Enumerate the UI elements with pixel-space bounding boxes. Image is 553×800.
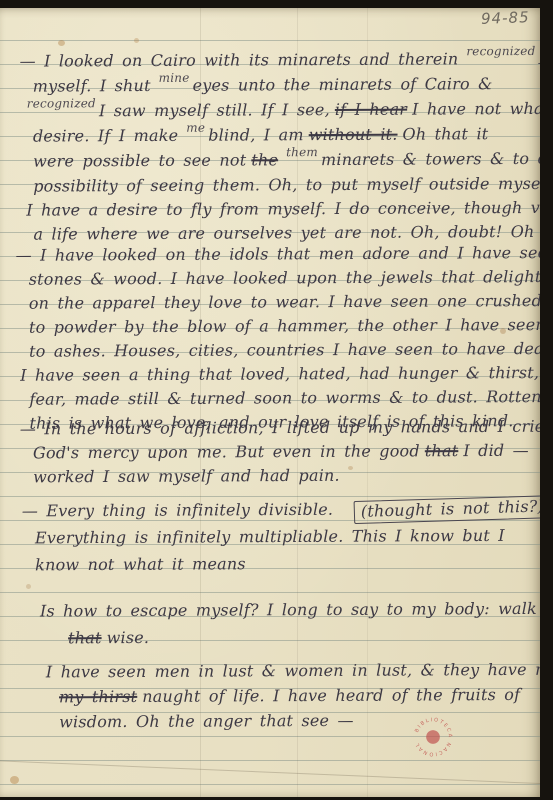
inserted-word: them bbox=[286, 145, 318, 159]
handwritten-text: Oh that it bbox=[402, 124, 488, 143]
manuscript-line: my thirstnaught of life. I have heard of… bbox=[46, 682, 540, 710]
handwritten-text: worked I saw myself and had pain. bbox=[33, 466, 340, 487]
handwritten-text: a life where we are ourselves yet are no… bbox=[33, 222, 540, 244]
handwritten-text: naught of life. I have heard of the frui… bbox=[142, 685, 520, 706]
stamp-center-dot bbox=[425, 729, 440, 744]
manuscript-line: — I looked on Cairo with its minarets an… bbox=[19, 46, 540, 74]
handwritten-text: minarets & towers & to conceive no bbox=[321, 148, 540, 169]
manuscript-line: Is how to escape myself? I long to say t… bbox=[40, 595, 540, 625]
handwritten-text: wisdom. Oh the anger that see — bbox=[59, 711, 354, 732]
manuscript-line: I have seen men in lust & women in lust,… bbox=[46, 657, 540, 685]
manuscript-line: — Every thing is infinitely divisible.(t… bbox=[22, 495, 540, 525]
handwritten-text: blind, I am bbox=[208, 125, 304, 144]
handwritten-text: — I have looked on the idols that men ad… bbox=[16, 243, 540, 265]
manuscript-page: 94-85 — I looked on Cairo with its minar… bbox=[0, 8, 540, 797]
manuscript-line: thatwise. bbox=[40, 622, 540, 652]
handwritten-text: I saw myself still. If I see, bbox=[99, 100, 330, 120]
handwritten-text: desire. If I make bbox=[33, 126, 178, 146]
manuscript-line: wisdom. Oh the anger that see — bbox=[46, 707, 540, 735]
manuscript-line: Everything is infinitely multipliable. T… bbox=[22, 522, 540, 552]
manuscript-line: on the apparel they love to wear. I have… bbox=[16, 288, 540, 316]
handwritten-text: Is how to escape myself? I long to say t… bbox=[40, 599, 540, 621]
library-stamp: BIBLIOTECA NACIONAL bbox=[409, 713, 456, 760]
manuscript-paragraph: — I looked on Cairo with its minarets an… bbox=[19, 46, 540, 246]
foxing-spot bbox=[134, 38, 139, 43]
struck-text: the bbox=[251, 150, 278, 169]
handwritten-text: I have not what I bbox=[412, 99, 540, 119]
manuscript-line: worked I saw myself and had pain. bbox=[20, 463, 540, 490]
boxed-annotation: (thought is not this?) bbox=[354, 495, 540, 524]
handwritten-text: to powder by the blow of a hammer, the o… bbox=[29, 315, 540, 337]
handwritten-text: I saw bbox=[538, 49, 540, 68]
manuscript-line: were possible to see notthethemminarets … bbox=[20, 146, 540, 174]
struck-text: without it. bbox=[309, 125, 398, 144]
handwritten-text: fear, made still & turned soon to worms … bbox=[29, 386, 540, 408]
manuscript-line: I have seen a thing that loved, hated, h… bbox=[16, 360, 540, 388]
manuscript-paragraph: — In the hours of affliction, I lifted u… bbox=[20, 415, 540, 490]
manuscript-line: — In the hours of affliction, I lifted u… bbox=[20, 415, 540, 442]
manuscript-paragraph: — Every thing is infinitely divisible.(t… bbox=[22, 495, 540, 579]
manuscript-line: possibility of seeing them. Oh, to put m… bbox=[20, 171, 540, 198]
handwritten-text: eyes unto the minarets of Cairo & bbox=[192, 74, 492, 95]
handwritten-text: — In the hours of affliction, I lifted u… bbox=[20, 417, 540, 439]
struck-text: if I hear bbox=[335, 100, 407, 119]
manuscript-line: fear, made still & turned soon to worms … bbox=[16, 384, 540, 412]
manuscript-line: I have a desire to fly from myself. I do… bbox=[20, 195, 540, 222]
manuscript-paragraph: — I have looked on the idols that men ad… bbox=[16, 240, 540, 436]
manuscript-paragraph: Is how to escape myself? I long to say t… bbox=[40, 595, 540, 652]
handwritten-text: myself. I shut bbox=[33, 76, 151, 96]
manuscript-line: know not what it means bbox=[22, 549, 540, 579]
manuscript-line: recognizedI saw myself still. If I see,i… bbox=[20, 96, 540, 124]
struck-text: my thirst bbox=[59, 687, 137, 706]
folio-number: 94-85 bbox=[481, 8, 530, 28]
manuscript-line: God's mercy upon me. But even in the goo… bbox=[20, 439, 540, 466]
manuscript-line: desire. If I makemeblind, I amwithout it… bbox=[20, 121, 540, 149]
handwritten-text: on the apparel they love to wear. I have… bbox=[29, 291, 540, 313]
inserted-word: recognized bbox=[466, 44, 535, 58]
foxing-spot bbox=[58, 40, 65, 46]
inserted-word: mine bbox=[159, 71, 190, 85]
manuscript-line: stones & wood. I have looked upon the je… bbox=[16, 264, 540, 292]
struck-text: that bbox=[68, 628, 102, 647]
handwritten-text: — I looked on Cairo with its minarets an… bbox=[19, 49, 458, 70]
handwritten-text: I have a desire to fly from myself. I do… bbox=[26, 197, 540, 219]
handwritten-text: stones & wood. I have looked upon the je… bbox=[29, 267, 540, 289]
handwritten-text: possibility of seeing them. Oh, to put m… bbox=[33, 174, 540, 196]
handwritten-text: wise. bbox=[107, 628, 150, 647]
manuscript-paragraph: I have seen men in lust & women in lust,… bbox=[46, 657, 540, 735]
manuscript-line: to powder by the blow of a hammer, the o… bbox=[16, 312, 540, 340]
handwritten-text: Everything is infinitely multipliable. T… bbox=[35, 526, 505, 547]
inserted-word: me bbox=[186, 121, 205, 135]
foxing-spot bbox=[26, 584, 31, 589]
handwritten-text: I have seen men in lust & women in lust,… bbox=[46, 660, 540, 682]
handwritten-text: I did — bbox=[463, 441, 529, 460]
struck-text: that bbox=[425, 441, 459, 460]
handwritten-text: I have seen a thing that loved, hated, h… bbox=[20, 363, 540, 385]
manuscript-line: — I have looked on the idols that men ad… bbox=[16, 240, 540, 268]
manuscript-line: to ashes. Houses, cities, countries I ha… bbox=[16, 336, 540, 364]
handwritten-text: — Every thing is infinitely divisible. bbox=[22, 500, 333, 521]
handwritten-text: were possible to see not bbox=[33, 150, 246, 170]
inserted-word: recognized bbox=[27, 96, 96, 110]
handwritten-text: God's mercy upon me. But even in the goo… bbox=[33, 441, 420, 462]
foxing-spot bbox=[10, 776, 19, 784]
handwritten-text: to ashes. Houses, cities, countries I ha… bbox=[29, 339, 540, 361]
manuscript-line: myself. I shutmineeyes unto the minarets… bbox=[20, 71, 540, 99]
handwritten-text: know not what it means bbox=[35, 554, 246, 574]
